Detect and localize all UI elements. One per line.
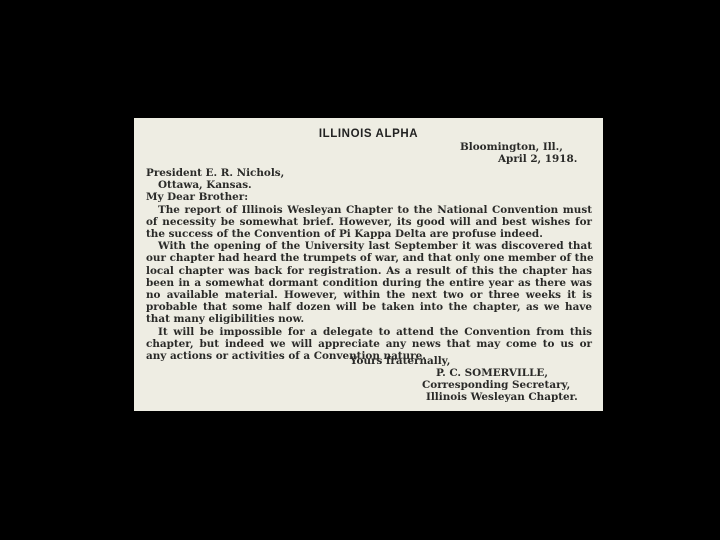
letter-date: April 2, 1918. [498,153,577,165]
paragraph-line: local chapter was back for registration.… [146,265,592,277]
addressee: President E. R. Nichols, [146,167,592,179]
paragraph-2: With the opening of the University last … [146,240,592,325]
paragraph-line: our chapter had heard the trumpets of wa… [146,252,592,264]
paragraph-line: chapter, but indeed we will appreciate a… [146,338,592,350]
letter-body: President E. R. Nichols, Ottawa, Kansas.… [146,167,592,362]
paragraph-line: It will be impossible for a delegate to … [146,326,592,338]
paragraph-1: The report of Illinois Wesleyan Chapter … [146,204,592,241]
paragraph-line: probable that some half dozen will be ta… [146,301,592,313]
paragraph-line: of necessity be somewhat brief. However,… [146,216,592,228]
closing: Yours fraternally, [350,355,450,367]
paragraph-line: been in a somewhat dormant condition dur… [146,277,592,289]
salutation: My Dear Brother: [146,191,592,203]
paragraph-line: that many eligibilities now. [146,313,592,325]
letter-heading: ILLINOIS ALPHA [134,128,603,140]
address: Ottawa, Kansas. [146,179,592,191]
signature-title: Corresponding Secretary, [422,379,570,391]
signature-org: Illinois Wesleyan Chapter. [426,391,578,403]
paragraph-line: With the opening of the University last … [146,240,592,252]
signature-name: P. C. SOMERVILLE, [436,367,548,379]
paragraph-line: no available material. However, within t… [146,289,592,301]
paragraph-line: The report of Illinois Wesleyan Chapter … [146,204,592,216]
letter-place: Bloomington, Ill., [460,141,563,153]
letter-page: ILLINOIS ALPHA Bloomington, Ill., April … [134,118,603,411]
paragraph-line: the success of the Convention of Pi Kapp… [146,228,592,240]
